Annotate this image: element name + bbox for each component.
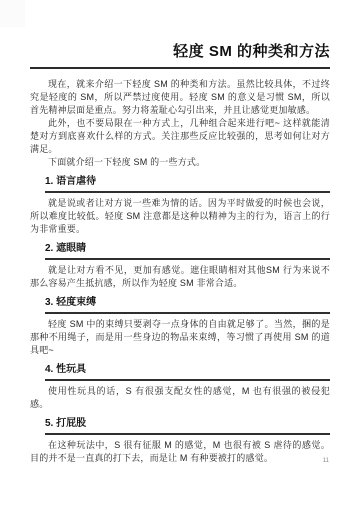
section-1: 1. 语言虐待 就是说或者让对方说一些难为情的话。因为平时做爱的时候也会说，所以… <box>30 176 330 236</box>
section-5: 5. 打屁股 在这种玩法中，S 很有征服 M 的感觉，M 也很有被 S 虐待的感… <box>30 418 330 465</box>
section-body: 轻度 SM 中的束缚只要剥夺一点身体的自由就足够了。当然，捆的是那种不用绳子，而… <box>30 318 330 357</box>
intro-paragraph: 此外，也不要局限在一种方式上，几种组合起来进行吧~ 这样就能清楚对方到底喜欢什么… <box>30 117 330 156</box>
section-heading: 5. 打屁股 <box>45 418 330 435</box>
section-heading: 2. 遮眼睛 <box>45 243 330 260</box>
scan-artifact <box>0 0 25 27</box>
document-page: 轻度 SM 的种类和方法 现在，就来介绍一下轻度 SM 的种类和方法。虽然比较具… <box>0 0 360 509</box>
section-2: 2. 遮眼睛 就是让对方看不见，更加有感觉。遮住眼睛相对其他SM 行为来说不那么… <box>30 243 330 290</box>
intro-paragraph: 下面就介绍一下轻度 SM 的一些方式。 <box>30 156 330 169</box>
section-body: 就是让对方看不见，更加有感觉。遮住眼睛相对其他SM 行为来说不那么容易产生抵抗感… <box>30 264 330 290</box>
page-title: 轻度 SM 的种类和方法 <box>30 42 330 62</box>
section-heading: 3. 轻度束缚 <box>45 297 330 314</box>
page-content: 轻度 SM 的种类和方法 现在，就来介绍一下轻度 SM 的种类和方法。虽然比较具… <box>30 42 330 465</box>
section-body: 在这种玩法中，S 很有征服 M 的感觉，M 也很有被 S 虐待的感觉。目的并不是… <box>30 439 330 465</box>
section-body: 使用性玩具的话，S 有很强支配女性的感觉，M 也有很强的被侵犯感。 <box>30 385 330 411</box>
page-number: 11 <box>323 457 329 465</box>
intro-paragraph: 现在，就来介绍一下轻度 SM 的种类和方法。虽然比较具体，不过终究是轻度的 SM… <box>30 78 330 117</box>
title-rule <box>30 67 330 69</box>
section-body: 就是说或者让对方说一些难为情的话。因为平时做爱的时候也会说，所以难度比较低。轻度… <box>30 197 330 236</box>
section-4: 4. 性玩具 使用性玩具的话，S 有很强支配女性的感觉，M 也有很强的被侵犯感。 <box>30 364 330 411</box>
section-3: 3. 轻度束缚 轻度 SM 中的束缚只要剥夺一点身体的自由就足够了。当然，捆的是… <box>30 297 330 357</box>
section-heading: 1. 语言虐待 <box>45 176 330 193</box>
section-heading: 4. 性玩具 <box>45 364 330 381</box>
